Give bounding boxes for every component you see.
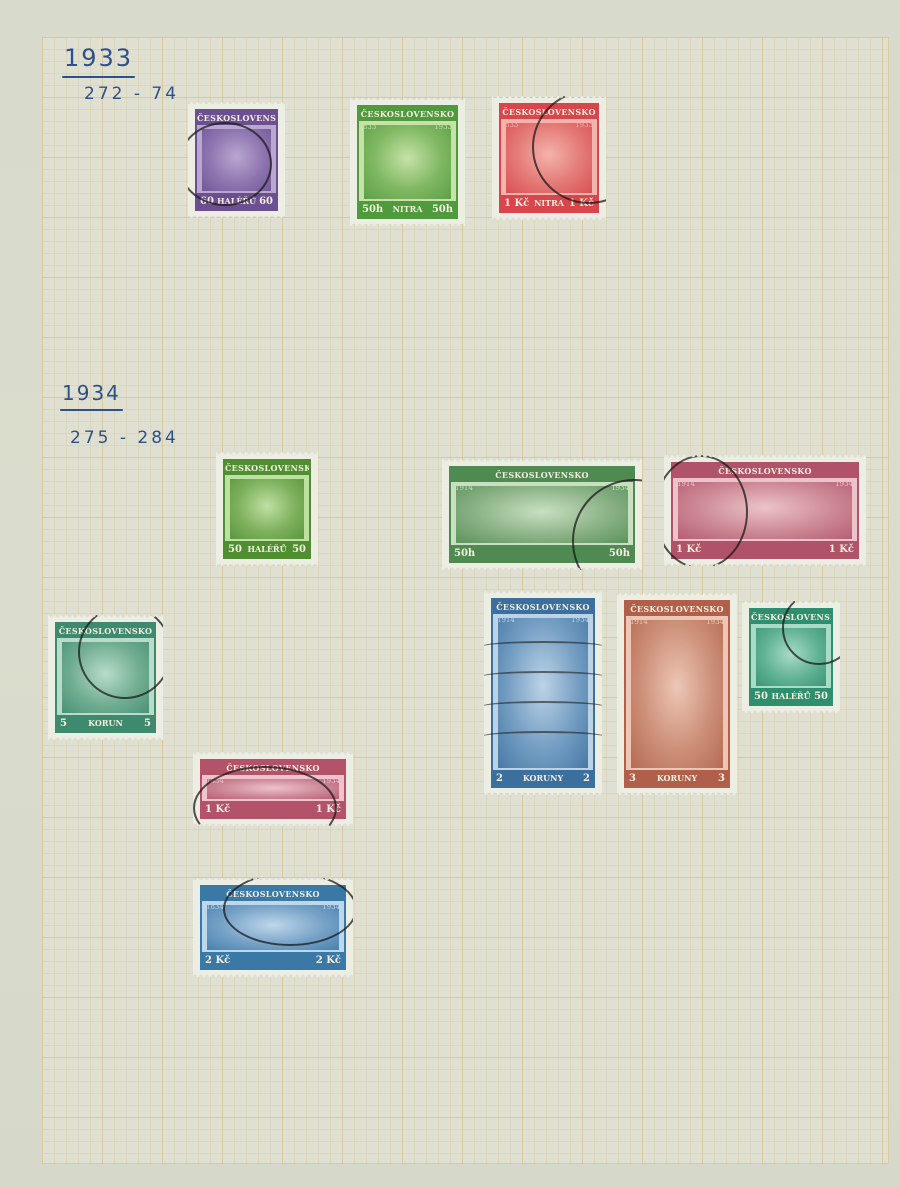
wavy-cancel-line: [480, 641, 606, 653]
stamp: ČESKOSLOVENSKO5KORUN5: [48, 615, 163, 740]
stamp: ČESKOSLOVENSKO50HALÉŘŮ50: [216, 452, 318, 566]
stamp-denomination: 60HALÉŘŮ60: [197, 193, 276, 209]
stamp-country: ČESKOSLOVENSKO: [202, 887, 344, 901]
wavy-cancel-line: [480, 731, 606, 743]
stamp-country: ČESKOSLOVENSKO: [197, 111, 276, 125]
section-year-1934: 1934: [62, 381, 121, 405]
stamp-denomination: 50HALÉŘŮ50: [225, 541, 309, 557]
stamp-denomination: 50HALÉŘŮ50: [751, 688, 831, 704]
stamp-country: ČESKOSLOVENSKO: [493, 600, 593, 614]
stamp-illustration: [364, 125, 451, 199]
stamp: ČESKOSLOVENSKO183419341 Kč1 Kč: [193, 752, 353, 826]
stamp-design: ČESKOSLOVENSKO5KORUN5: [55, 622, 156, 733]
stamp: ČESKOSLOVENSKO191419342KORUNY2: [484, 591, 602, 795]
stamp-years: 18341934: [206, 777, 340, 785]
stamp-illustration: [506, 123, 592, 193]
stamp-years: 8331933: [505, 121, 593, 129]
stamp-country: ČESKOSLOVENSKO: [501, 105, 597, 119]
stamp-years: 19141934: [630, 618, 724, 626]
stamp-denomination: 50h50h: [451, 545, 633, 561]
stamp-design: ČESKOSLOVENSKO191419342KORUNY2: [491, 598, 595, 788]
stamp-years: 19141934: [497, 616, 589, 624]
stamp-illustration: [756, 628, 826, 686]
stamp-denomination: 1 KčNITRA1 Kč: [501, 195, 597, 211]
stamp-country: ČESKOSLOVENSKO: [751, 610, 831, 624]
stamp-design: ČESKOSLOVENSKO183419342 Kč2 Kč: [200, 885, 346, 970]
stamp-country: ČESKOSLOVENSKO: [202, 761, 344, 775]
stamp-country: ČESKOSLOVENSKO: [673, 464, 857, 478]
catalog-range-1933: 272 - 74: [84, 84, 179, 104]
stamp-country: ČESKOSLOVENSKO: [359, 107, 456, 121]
stamp-illustration: [631, 620, 723, 768]
catalog-range-1934: 275 - 284: [70, 428, 179, 448]
stamp-country: ČESKOSLOVENSKO: [451, 468, 633, 482]
wavy-cancel-line: [480, 671, 606, 683]
stamp-design: ČESKOSLOVENSKO50HALÉŘŮ50: [749, 608, 833, 706]
stamp: ČESKOSLOVENSKO191419341 Kč1 Kč: [664, 455, 866, 566]
stamp-years: 8331933: [363, 123, 452, 131]
stamp: ČESKOSLOVENSKO183419342 Kč2 Kč: [193, 878, 353, 977]
stamp-denomination: 1 Kč1 Kč: [202, 801, 344, 817]
stamp: ČESKOSLOVENSKO1914193450h50h: [442, 459, 642, 570]
stamp: ČESKOSLOVENSKO833193350hNITRA50h: [350, 98, 465, 226]
stamp-denomination: 1 Kč1 Kč: [673, 541, 857, 557]
stamp-illustration: [456, 486, 628, 543]
stamp-years: 18341934: [206, 903, 340, 911]
section-year-1933: 1933: [64, 44, 133, 72]
stamp-denomination: 2KORUNY2: [493, 770, 593, 786]
stamp-illustration: [202, 129, 271, 191]
stamp-years: 19141934: [455, 484, 629, 492]
stamp-design: ČESKOSLOVENSKO183419341 Kč1 Kč: [200, 759, 346, 819]
stamp-country: ČESKOSLOVENSKO: [57, 624, 154, 638]
stamp-illustration: [207, 905, 339, 950]
stamp-illustration: [62, 642, 149, 713]
stamp-design: ČESKOSLOVENSKO60HALÉŘŮ60: [195, 109, 278, 211]
stamp-design: ČESKOSLOVENSKO1914193450h50h: [449, 466, 635, 563]
stamp-design: ČESKOSLOVENSKO83319331 KčNITRA1 Kč: [499, 103, 599, 213]
stamp-design: ČESKOSLOVENSKO833193350hNITRA50h: [357, 105, 458, 219]
stamp-denomination: 50hNITRA50h: [359, 201, 456, 217]
stamp: ČESKOSLOVENSKO60HALÉŘŮ60: [188, 102, 285, 218]
stamp: ČESKOSLOVENSKO83319331 KčNITRA1 Kč: [492, 96, 606, 220]
stamp-denomination: 2 Kč2 Kč: [202, 952, 344, 968]
album-page: 1933 272 - 74 1934 275 - 284 ČESKOSLOVEN…: [0, 0, 900, 1187]
stamp-design: ČESKOSLOVENSKO191419343KORUNY3: [624, 600, 730, 788]
stamp-years: 19141934: [677, 480, 853, 488]
stamp-illustration: [678, 482, 852, 539]
stamp-illustration: [230, 479, 304, 539]
stamp: ČESKOSLOVENSKO50HALÉŘŮ50: [742, 601, 840, 713]
stamp-design: ČESKOSLOVENSKO50HALÉŘŮ50: [223, 459, 311, 559]
stamp-denomination: 3KORUNY3: [626, 770, 728, 786]
stamp: ČESKOSLOVENSKO191419343KORUNY3: [617, 593, 737, 795]
stamp-design: ČESKOSLOVENSKO191419341 Kč1 Kč: [671, 462, 859, 559]
stamp-denomination: 5KORUN5: [57, 715, 154, 731]
stamp-country: ČESKOSLOVENSKO: [626, 602, 728, 616]
wavy-cancel-line: [480, 701, 606, 713]
stamp-country: ČESKOSLOVENSKO: [225, 461, 309, 475]
